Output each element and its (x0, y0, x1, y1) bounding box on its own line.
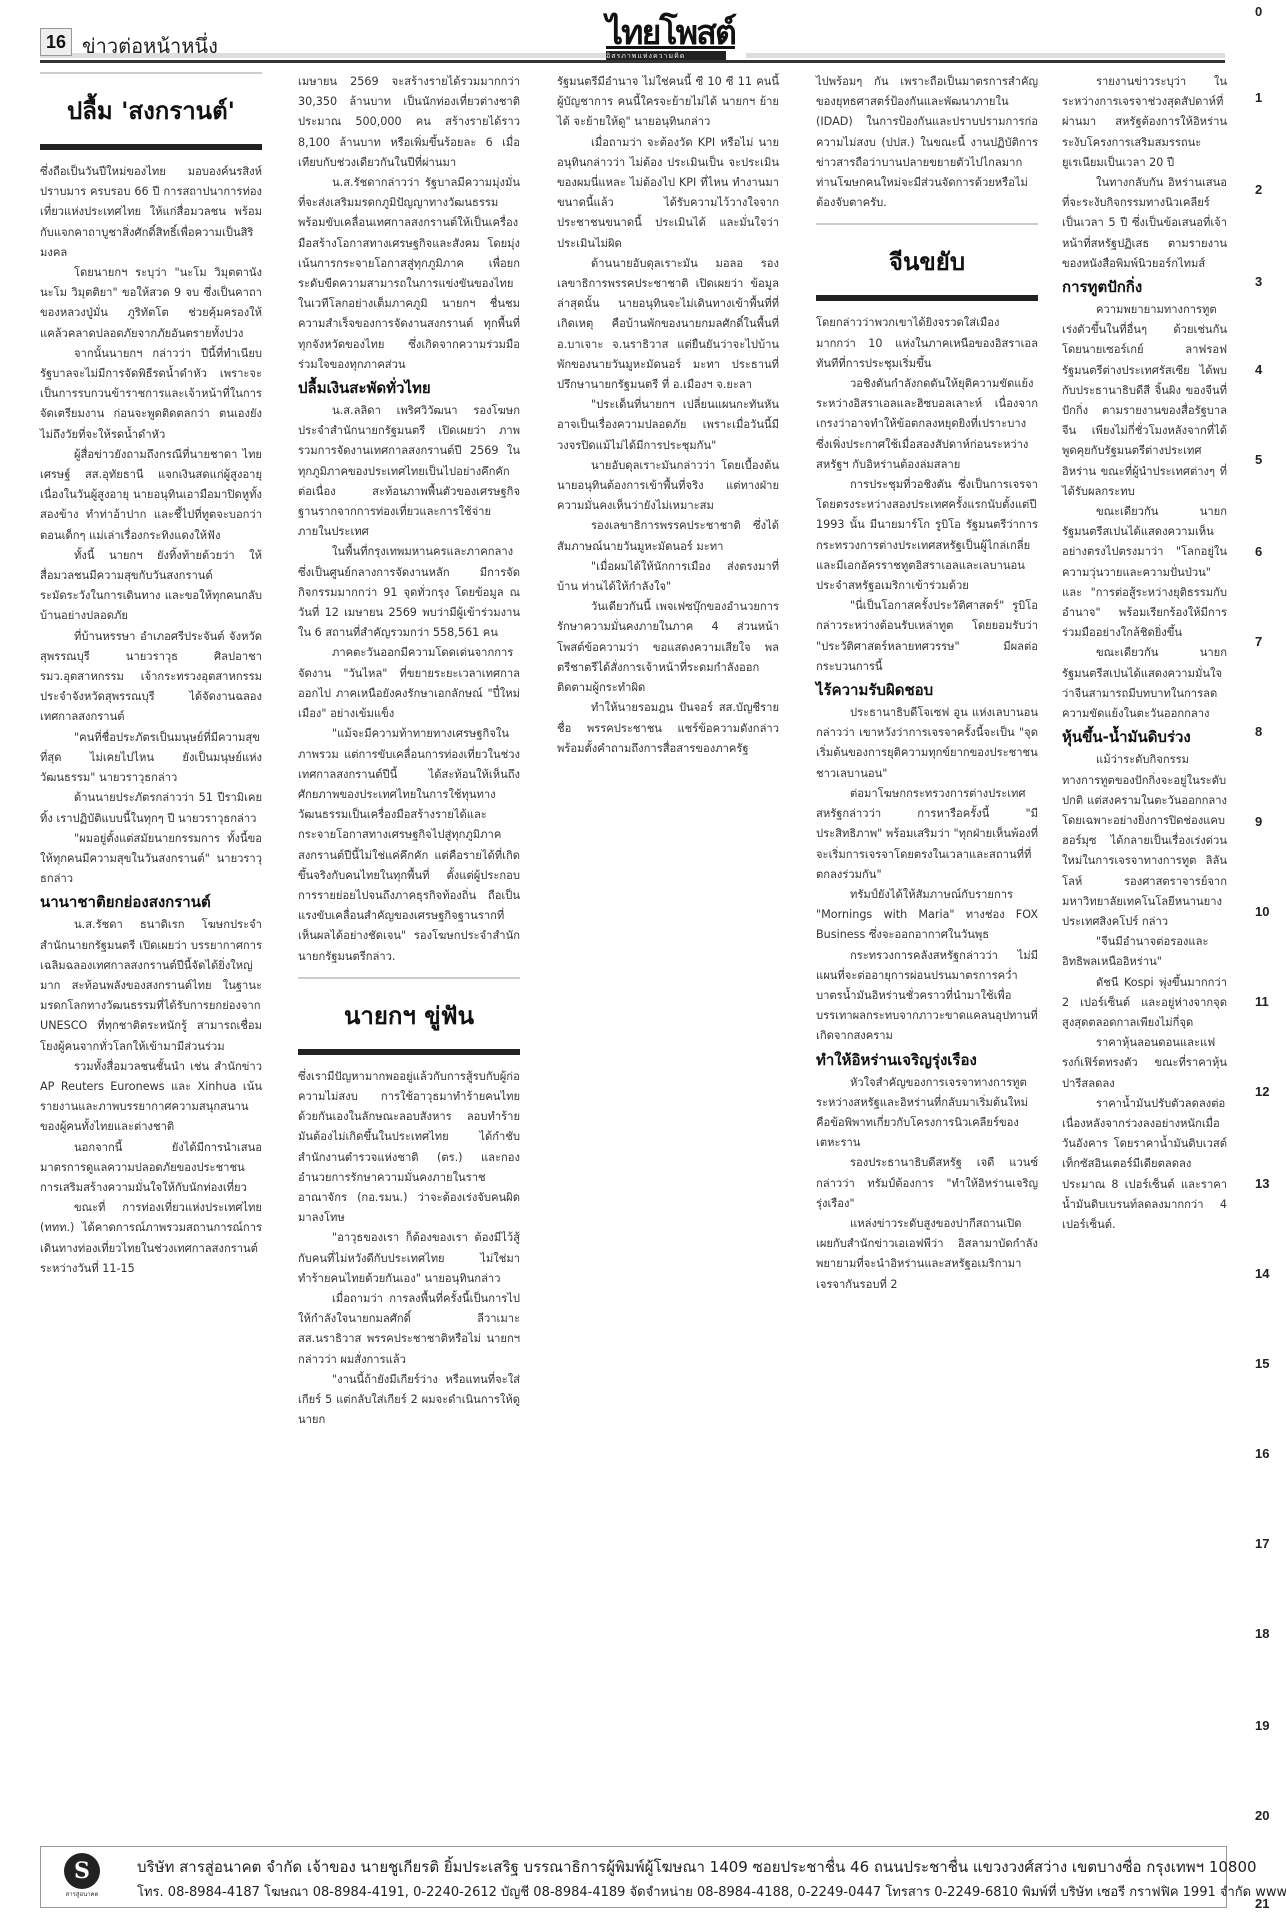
logo-text: ไทยโพสต์ (606, 16, 746, 50)
paragraph: ด้านนายอับดุลเราะมัน มอลอ รองเลขาธิการพร… (557, 254, 779, 395)
subhead-international: นานาชาติยกย่องสงกรานต์ (40, 891, 262, 913)
paragraph: รัฐมนตรีมีอำนาจ ไม่ใช่คนนี้ ซี 10 ซี 11 … (557, 72, 779, 133)
paragraph: ดัชนี Kospi พุ่งขึ้นมากกว่า 2 เปอร์เซ็นต… (1062, 973, 1227, 1034)
paragraph: เมื่อถามว่า การลงพื้นที่ครั้งนี้เป็นการไ… (298, 1289, 520, 1370)
paragraph: "ผมอยู่ตั้งแต่สมัยนายกรรมการ ทั้งนี้ขอให… (40, 829, 262, 890)
column-2: เมษายน 2569 จะสร้างรายได้รวมมากกว่า 30,3… (298, 72, 520, 1430)
line-number: 14 (1255, 1266, 1269, 1281)
paragraph: จากนั้นนายกฯ กล่าวว่า ปีนี้ที่ทำเนียบรัฐ… (40, 344, 262, 445)
paragraph: รวมทั้งสื่อมวลชนชั้นนำ เช่น สำนักข่าว AP… (40, 1057, 262, 1138)
paragraph: ซึ่งเรามีปัญหามากพออยู่แล้วกับการสู้รบกั… (298, 1067, 520, 1229)
subhead-iran-prosper: ทำให้อิหร่านเจริญรุ่งเรือง (816, 1049, 1038, 1071)
paragraph: ในพื้นที่กรุงเทพมหานครและภาคกลาง ซึ่งเป็… (298, 542, 520, 643)
publisher-logo-icon: S (64, 1853, 100, 1889)
headline-box: นายกฯ ขู่ฟัน (298, 977, 520, 1055)
paragraph: "งานนี้ถ้ายังมีเกียร์ว่าง หรือแทนที่จะใส… (298, 1370, 520, 1431)
paragraph: เมษายน 2569 จะสร้างรายได้รวมมากกว่า 30,3… (298, 72, 520, 173)
line-number: 3 (1255, 274, 1262, 289)
line-number: 0 (1255, 4, 1262, 19)
newspaper-page: 16 ข่าวต่อหน้าหนึ่ง ไทยโพสต์ อิสรภาพแห่ง… (0, 0, 1286, 1920)
paragraph: ราคาน้ำมันปรับตัวลดลงต่อเนื่องหลังจากร่ว… (1062, 1094, 1227, 1235)
headline-china: จีนขยับ (816, 247, 1038, 277)
paragraph: ด้านนายประภัตรกล่าวว่า 51 ปีรามิเคยทิ้ง … (40, 788, 262, 828)
paragraph: ผู้สื่อข่าวยังถามถึงกรณีที่นายชาดา ไทยเศ… (40, 445, 262, 546)
page-header: 16 ข่าวต่อหน้าหนึ่ง ไทยโพสต์ อิสรภาพแห่ง… (40, 10, 1225, 62)
paragraph: "คนที่ชื่อประภัตรเป็นมนุษย์ที่มีความสุขท… (40, 728, 262, 789)
headline-box: จีนขยับ (816, 223, 1038, 301)
publisher-info: บริษัท สารสู่อนาคต จำกัด เจ้าของ นายชูเก… (137, 1855, 1257, 1879)
line-number: 10 (1255, 904, 1269, 919)
line-number: 6 (1255, 544, 1262, 559)
section-title: ข่าวต่อหน้าหนึ่ง (82, 30, 218, 62)
paragraph: ความพยายามทางการทูตเร่งตัวขึ้นในที่อื่นๆ… (1062, 300, 1227, 502)
paragraph: "ประเด็นที่นายกฯ เปลี่ยนแผนกะทันหัน อาจเ… (557, 395, 779, 456)
paragraph: "นี่เป็นโอกาสครั้งประวัติศาสตร์" รูบิโอก… (816, 596, 1038, 677)
paragraph: โดยนายกฯ ระบุว่า "นะโม วิมุตตานัง นะโม ว… (40, 263, 262, 344)
column-1: ปลื้ม 'สงกรานต์' ซึ่งถือเป็นวันปีใหม่ของ… (40, 72, 262, 1279)
masthead-logo: ไทยโพสต์ อิสรภาพแห่งความคิด (606, 16, 746, 60)
paragraph: โดยกล่าวว่าพวกเขาได้ยิงจรวดใส่เมืองมากกว… (816, 313, 1038, 374)
subhead-irresponsible: ไร้ความรับผิดชอบ (816, 679, 1038, 701)
publisher-logo-caption: สารสู่อนาคต (61, 1889, 103, 1899)
paragraph: ทรัมป์ยังได้ให้สัมภาษณ์กับรายการ "Mornin… (816, 885, 1038, 946)
subhead-money: ปลื้มเงินสะพัดทั่วไทย (298, 377, 520, 399)
paragraph: รายงานข่าวระบุว่า ในระหว่างการเจรจาช่วงส… (1062, 72, 1227, 173)
line-number: 13 (1255, 1176, 1269, 1191)
line-number: 19 (1255, 1718, 1269, 1733)
paragraph: หัวใจสำคัญของการเจรจาทางการทูตระหว่างสหร… (816, 1073, 1038, 1154)
paragraph: ซึ่งถือเป็นวันปีใหม่ของไทย มอบองค์นรสิงห… (40, 162, 262, 263)
paragraph: ต่อมาโฆษกกระทรวงการต่างประเทศสหรัฐกล่าวว… (816, 784, 1038, 885)
page-number: 16 (40, 28, 72, 56)
line-number: 20 (1255, 1808, 1269, 1823)
paragraph: ในทางกลับกัน อิหร่านเสนอที่จะระงับกิจกรร… (1062, 173, 1227, 274)
paragraph: นอกจากนี้ ยังได้มีการนำเสนอมาตรการดูแลคว… (40, 1138, 262, 1199)
paragraph: ประธานาธิบดีโจเซฟ อูน แห่งเลบานอน กล่าวว… (816, 703, 1038, 784)
line-number: 7 (1255, 634, 1262, 649)
line-number: 18 (1255, 1626, 1269, 1641)
line-number: 12 (1255, 1084, 1269, 1099)
paragraph: ที่บ้านหรรษา อำเภอศรีประจันต์ จังหวัดสุพ… (40, 627, 262, 728)
line-number: 2 (1255, 182, 1262, 197)
headline-songkran: ปลื้ม 'สงกรานต์' (40, 96, 262, 126)
headline-pm-threat: นายกฯ ขู่ฟัน (298, 1001, 520, 1031)
paragraph: วันเดียวกันนี้ เพจเฟซบุ๊กของอำนวยการรักษ… (557, 597, 779, 698)
subhead-stocks-oil: หุ้นขึ้น-น้ำมันดิบร่วง (1062, 726, 1227, 748)
paragraph: ขณะเดียวกัน นายกรัฐมนตรีสเปนได้แสดงความม… (1062, 643, 1227, 724)
paragraph: "อาวุธของเรา ก็ต้องของเรา ต้องมีไว้สู้กั… (298, 1228, 520, 1289)
paragraph: กระทรวงการคลังสหรัฐกล่าวว่า ไม่มีแผนที่จ… (816, 946, 1038, 1047)
paragraph: "เมื่อผมได้ให้นักการเมือง ส่งตรงมาที่บ้า… (557, 557, 779, 597)
line-number: 4 (1255, 362, 1262, 377)
publisher-contacts: โทร. 08-8984-4187 โฆษณา 08-8984-4191, 0-… (137, 1881, 1286, 1902)
paragraph: ขณะเดียวกัน นายกรัฐมนตรีสเปนได้แสดงความเ… (1062, 502, 1227, 643)
subhead-beijing-diplomacy: การทูตปักกิ่ง (1062, 276, 1227, 298)
paragraph: การประชุมที่วอชิงตัน ซึ่งเป็นการเจรจาโดย… (816, 475, 1038, 596)
paragraph: แม้ว่าระดับกิจกรรมทางการทูตของปักกิ่งจะอ… (1062, 750, 1227, 932)
line-number: 5 (1255, 452, 1262, 467)
paragraph: ทั้งนี้ นายกฯ ยังทิ้งท้ายด้วยว่า ให้สื่อ… (40, 546, 262, 627)
paragraph: ขณะที่ การท่องเที่ยวแห่งประเทศไทย (ททท.)… (40, 1198, 262, 1279)
publisher-footer: S สารสู่อนาคต บริษัท สารสู่อนาคต จำกัด เ… (40, 1846, 1227, 1908)
paragraph: รองเลขาธิการพรรคประชาชาติ ซึ่งได้สัมภาษณ… (557, 516, 779, 556)
paragraph: เมื่อถามว่า จะต้องวัด KPI หรือไม่ นายอนุ… (557, 133, 779, 254)
paragraph: น.ส.ลลิดา เพริศวิวัฒนา รองโฆษกประจำสำนัก… (298, 401, 520, 542)
paragraph: ไปพร้อมๆ กัน เพราะถือเป็นมาตรการสำคัญของ… (816, 72, 1038, 213)
publisher-logo: S สารสู่อนาคต (61, 1853, 103, 1901)
paragraph: น.ส.รัชดากล่าวว่า รัฐบาลมีความมุ่งมั่นที… (298, 173, 520, 375)
line-number: 11 (1255, 994, 1269, 1009)
paragraph: "จีนมีอำนาจต่อรองและอิทธิพลเหนืออิหร่าน" (1062, 932, 1227, 972)
line-number: 16 (1255, 1446, 1269, 1461)
line-number: 9 (1255, 814, 1262, 829)
line-number: 1 (1255, 90, 1262, 105)
paragraph: ราคาหุ้นลอนดอนและแฟรงก์เฟิร์ตทรงตัว ขณะท… (1062, 1033, 1227, 1094)
paragraph: แหล่งข่าวระดับสูงของปากีสถานเปิดเผยกับสำ… (816, 1214, 1038, 1295)
paragraph: วอชิงตันกำลังกดดันให้ยุติความขัดแย้งระหว… (816, 374, 1038, 475)
paragraph: รองประธานาธิบดีสหรัฐ เจดี แวนซ์ กล่าวว่า… (816, 1153, 1038, 1214)
paragraph: นายอับดุลเราะมันกล่าวว่า โดยเบื้องต้นนาย… (557, 456, 779, 517)
column-4: ไปพร้อมๆ กัน เพราะถือเป็นมาตรการสำคัญของ… (816, 72, 1038, 1295)
column-3: รัฐมนตรีมีอำนาจ ไม่ใช่คนนี้ ซี 10 ซี 11 … (557, 72, 779, 759)
headline-box: ปลื้ม 'สงกรานต์' (40, 72, 262, 150)
line-number: 17 (1255, 1536, 1269, 1551)
line-number: 8 (1255, 724, 1262, 739)
column-5: รายงานข่าวระบุว่า ในระหว่างการเจรจาช่วงส… (1062, 72, 1227, 1235)
paragraph: ภาคตะวันออกมีความโดดเด่นจากการจัดงาน "วั… (298, 643, 520, 724)
paragraph: น.ส.รัชดา ธนาดิเรก โฆษกประจำสำนักนายกรัฐ… (40, 915, 262, 1056)
paragraph: ทำให้นายรอมฎน ปันจอร์ สส.บัญชีรายชื่อ พร… (557, 698, 779, 759)
line-number: 15 (1255, 1356, 1269, 1371)
paragraph: "แม้จะมีความท้าทายทางเศรษฐกิจในภาพรวม แต… (298, 724, 520, 966)
